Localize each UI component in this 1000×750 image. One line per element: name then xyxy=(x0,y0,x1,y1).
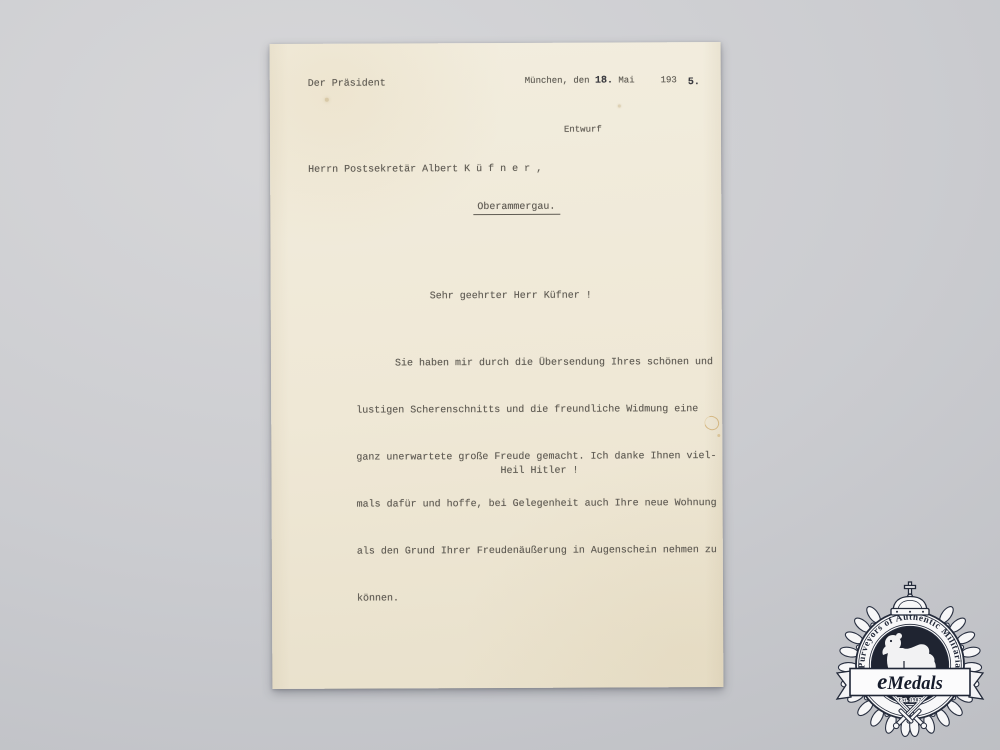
date-prefix: München, den xyxy=(525,74,595,88)
recipient-line: Herrn Postsekretär Albert K ü f n e r , xyxy=(308,163,542,178)
date-year-digit: 5. xyxy=(688,76,700,90)
foxing-spot xyxy=(325,98,329,102)
crown-icon xyxy=(891,582,929,615)
foxing-spot xyxy=(717,434,720,437)
body-line: mals dafür und hoffe, bei Gelegenheit au… xyxy=(357,497,717,518)
recipient-city-line: Oberammergau. xyxy=(437,187,560,230)
date-day: 18. xyxy=(595,74,613,88)
recipient-city: Oberammergau. xyxy=(473,202,560,215)
date-month: Mai xyxy=(613,73,635,87)
emedals-emblem-svg: Purveyors of Authentic Militaria xyxy=(820,560,1000,750)
photo-background: Der Präsident München, den 18. Mai1935. … xyxy=(0,0,1000,750)
letter-body: Sie haben mir durch die Übersendung Ihre… xyxy=(356,328,717,640)
body-line: als den Grund Ihrer Freudenäußerung in A… xyxy=(357,544,717,565)
emedals-watermark: Purveyors of Authentic Militaria xyxy=(820,560,1000,750)
watermark-established: Est. 1987 xyxy=(898,699,921,704)
foxing-spot xyxy=(618,104,621,107)
salutation: Sehr geehrter Herr Küfner ! xyxy=(430,290,592,305)
date-line: München, den 18. Mai1935. xyxy=(525,73,700,89)
body-line: können. xyxy=(357,591,717,612)
body-line: Sie haben mir durch die Übersendung Ihre… xyxy=(356,356,716,377)
letter-document: Der Präsident München, den 18. Mai1935. … xyxy=(270,42,724,689)
body-line: lustigen Scherenschnitts und die freundl… xyxy=(356,403,716,424)
banner-ribbon: eMedals xyxy=(837,669,983,700)
sender-title: Der Präsident xyxy=(308,77,386,91)
draft-label: Entwurf xyxy=(564,123,602,137)
date-year-base: 193 xyxy=(661,73,677,87)
closing-salute: Heil Hitler ! xyxy=(500,465,578,479)
